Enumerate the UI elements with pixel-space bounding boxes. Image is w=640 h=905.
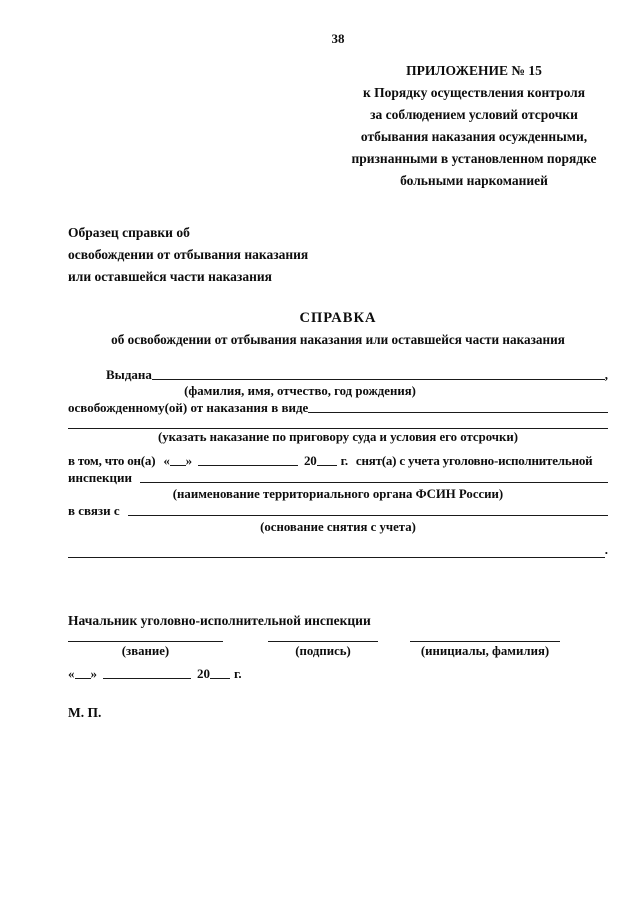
punishment-row: освобожденному(ой) от наказания в виде <box>68 399 608 416</box>
appendix-line: больными наркоманией <box>328 170 620 192</box>
punishment-label: освобожденному(ой) от наказания в виде <box>68 399 308 416</box>
sig-day-blank-line <box>75 678 91 679</box>
year-blank-line <box>317 465 337 466</box>
year-century: 20 <box>304 452 317 469</box>
punishment-continuation-line <box>68 416 608 429</box>
appendix-header: ПРИЛОЖЕНИЕ № 15 к Порядку осуществления … <box>328 60 620 192</box>
inspection-row: инспекции <box>68 469 608 486</box>
inspection-label: инспекции <box>68 469 132 486</box>
signature-date-row: « » 20 г. <box>68 665 608 682</box>
name-caption: (инициалы, фамилия) <box>410 643 560 659</box>
sig-month-blank-line <box>103 678 191 679</box>
sig-year-suffix: г. <box>234 665 242 682</box>
fio-caption: (фамилия, имя, отчество, год рождения) <box>30 383 570 399</box>
sample-note: Образец справки об освобождении от отбыв… <box>68 222 608 288</box>
appendix-line: отбывания наказания осужденными, <box>328 126 620 148</box>
sig-year-century: 20 <box>197 665 210 682</box>
appendix-line: ПРИЛОЖЕНИЕ № 15 <box>328 60 620 82</box>
stamp-label: М. П. <box>68 704 608 721</box>
page-number: 38 <box>68 30 608 47</box>
signature-lines-row <box>68 637 608 642</box>
closing-period: . <box>605 541 608 558</box>
sig-day-quote-close: » <box>91 665 98 682</box>
appendix-line: признанными в установленном порядке <box>328 148 620 170</box>
sample-note-line: Образец справки об <box>68 222 608 244</box>
day-blank-line <box>170 465 186 466</box>
rank-blank-line <box>68 637 223 642</box>
certificate-form: Выдана , (фамилия, имя, отчество, год ро… <box>68 366 608 558</box>
month-blank-line <box>198 465 298 466</box>
sample-note-line: освобождении от отбывания наказания <box>68 244 608 266</box>
fact-prefix: в том, что он(а) <box>68 452 155 469</box>
fact-suffix: снят(а) с учета уголовно-исполнительной <box>356 452 593 469</box>
inspection-caption: (наименование территориального органа ФС… <box>68 486 608 502</box>
certificate-subtitle: об освобождении от отбывания наказания и… <box>68 331 608 349</box>
day-quote-close: » <box>186 452 192 469</box>
closing-blank-line <box>68 549 605 558</box>
sig-year-blank-line <box>210 678 230 679</box>
appendix-line: за соблюдением условий отсрочки <box>328 104 620 126</box>
sig-day-quote-open: « <box>68 665 75 682</box>
issued-label: Выдана <box>106 366 152 383</box>
sign-blank-line <box>268 637 378 642</box>
signature-head-label: Начальник уголовно-исполнительной инспек… <box>68 612 608 629</box>
year-suffix: г. <box>341 452 348 469</box>
punishment-caption: (указать наказание по приговору суда и у… <box>68 429 608 445</box>
deregistration-row: в том, что он(а) « » 20 г. снят(а) с уче… <box>68 452 608 469</box>
document-page: 38 ПРИЛОЖЕНИЕ № 15 к Порядку осуществлен… <box>0 0 640 905</box>
issued-comma: , <box>605 366 608 383</box>
rank-caption: (звание) <box>68 643 223 659</box>
signature-captions-row: (звание) (подпись) (инициалы, фамилия) <box>68 643 608 659</box>
appendix-line: к Порядку осуществления контроля <box>328 82 620 104</box>
closing-row: . <box>68 541 608 558</box>
certificate-title: СПРАВКА <box>68 308 608 328</box>
sign-caption: (подпись) <box>268 643 378 659</box>
name-blank-line <box>410 637 560 642</box>
reason-label: в связи с <box>68 502 120 519</box>
issued-row: Выдана , <box>68 366 608 383</box>
punishment-blank-line <box>308 412 608 413</box>
reason-row: в связи с <box>68 502 608 519</box>
inspection-blank-line <box>140 482 608 483</box>
issued-blank-line <box>152 379 605 380</box>
reason-caption: (основание снятия с учета) <box>68 519 608 535</box>
sample-note-line: или оставшейся части наказания <box>68 266 608 288</box>
reason-blank-line <box>128 515 608 516</box>
day-quote-open: « <box>163 452 169 469</box>
